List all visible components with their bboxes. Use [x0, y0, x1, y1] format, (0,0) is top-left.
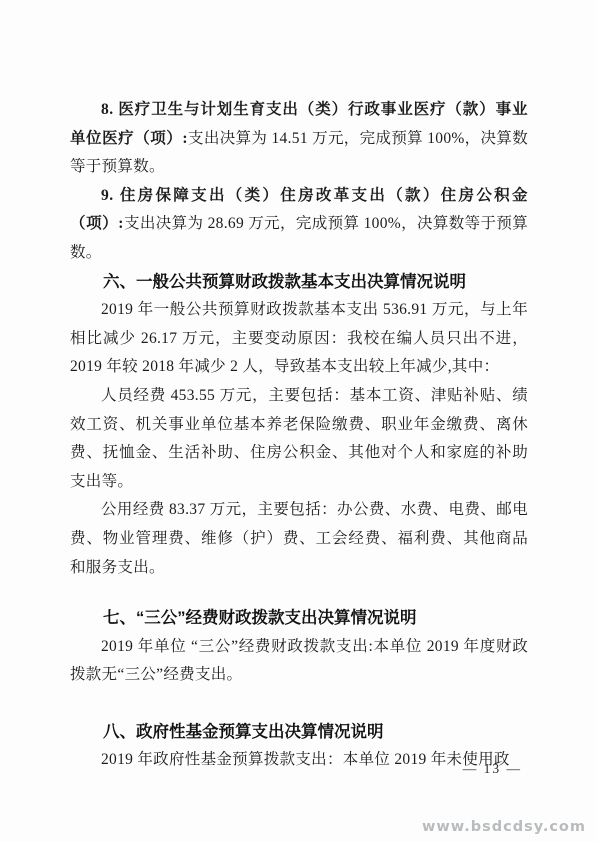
paragraph-public-funds: 公用经费 83.37 万元，主要包括：办公费、水费、电费、邮电费、物业管理费、维… [70, 496, 528, 582]
paragraph-item-9: 9. 住房保障支出（类）住房改革支出（款）住房公积金（项）:支出决算为 28.6… [70, 182, 528, 268]
paragraph-item-8: 8. 医疗卫生与计划生育支出（类）行政事业医疗（款）事业单位医疗（项）:支出决算… [70, 96, 528, 182]
paragraph-three-public-expenses: 2019 年单位 “三公”经费财政拨款支出:本单位 2019 年度财政拨款无“三… [70, 633, 528, 690]
document-body: 8. 医疗卫生与计划生育支出（类）行政事业医疗（款）事业单位医疗（项）:支出决算… [70, 96, 528, 775]
paragraph-government-fund-budget: 2019 年政府性基金预算拨款支出：本单位 2019 年未使用政 [70, 746, 528, 775]
section-heading-6: 六、一般公共预算财政拨款基本支出决算情况说明 [70, 268, 528, 297]
section-heading-8: 八、政府性基金预算支出决算情况说明 [70, 718, 528, 747]
document-page: 8. 医疗卫生与计划生育支出（类）行政事业医疗（款）事业单位医疗（项）:支出决算… [0, 0, 596, 842]
paragraph-basic-expenditure-overview: 2019 年一般公共预算财政拨款基本支出 536.91 万元，与上年相比减少 2… [70, 296, 528, 382]
paragraph-personnel-funds: 人员经费 453.55 万元，主要包括：基本工资、津贴补贴、绩效工资、机关事业单… [70, 382, 528, 496]
paragraph-item-9-text: 支出决算为 28.69 万元，完成预算 100%，决算数等于预算数。 [70, 215, 528, 261]
watermark-url: www.bsdcdsy.com [422, 819, 586, 835]
page-number: — 13 — [463, 761, 522, 776]
section-heading-7: 七、“三公”经费财政拨款支出决算情况说明 [70, 604, 528, 633]
page-footer: — 13 — [463, 760, 522, 778]
